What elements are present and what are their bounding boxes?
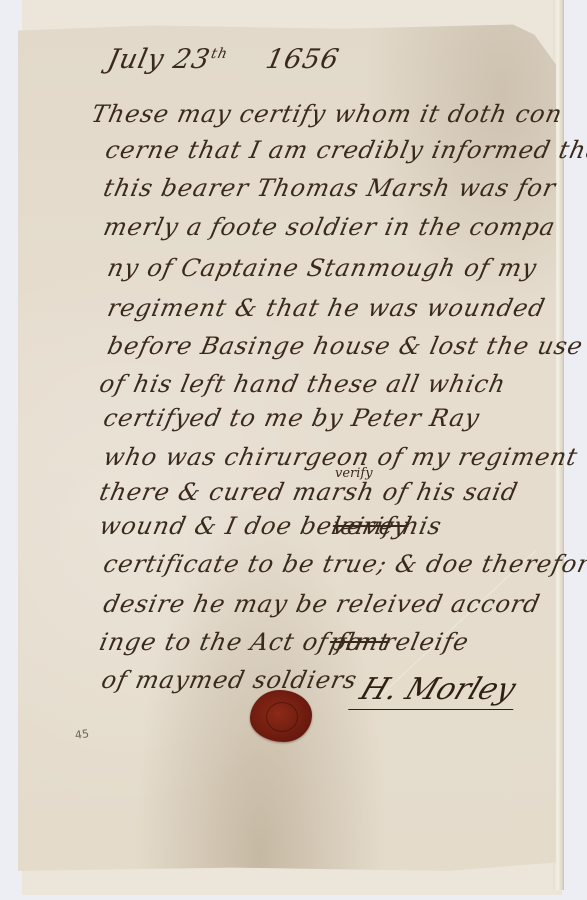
body-line-1: These may certify whom it doth con <box>89 100 565 128</box>
body-line-7: before Basinge house & lost the use <box>105 332 586 360</box>
body-line-6: regiment & that he was wounded <box>105 294 548 322</box>
body-line-14: desire he may be releived accord <box>101 590 543 618</box>
date-year: 1656 <box>263 44 342 75</box>
signature: H. Morley <box>348 672 526 710</box>
body-line-2: cerne that I am credibly informed that <box>103 136 587 164</box>
body-line-9: certifyed to me by Peter Ray <box>101 404 483 432</box>
body-line-15: inge to the Act of for releife <box>97 628 472 656</box>
body-line-13: certificate to be true; & doe therefore <box>101 550 587 578</box>
document-date: July 23th 1656 <box>105 44 343 75</box>
body-line-3: this bearer Thomas Marsh was for <box>101 174 559 202</box>
interlinear-insertion: verify <box>335 466 373 481</box>
archival-mark: 45 <box>74 727 90 742</box>
body-line-4: merly a foote soldier in the compa <box>101 213 558 241</box>
wax-seal <box>250 690 312 742</box>
struck-word-plmt: plmt <box>327 628 392 656</box>
date-ordinal: th <box>210 46 230 62</box>
struck-word-verify: verify <box>330 512 411 540</box>
body-line-5: ny of Captaine Stanmough of my <box>105 254 540 282</box>
body-line-11: there & cured marsh of his said <box>97 478 521 506</box>
body-line-16: of maymed soldiers <box>99 666 360 694</box>
body-line-8: of his left hand these all which <box>97 370 509 398</box>
date-text: July 23 <box>105 44 214 75</box>
